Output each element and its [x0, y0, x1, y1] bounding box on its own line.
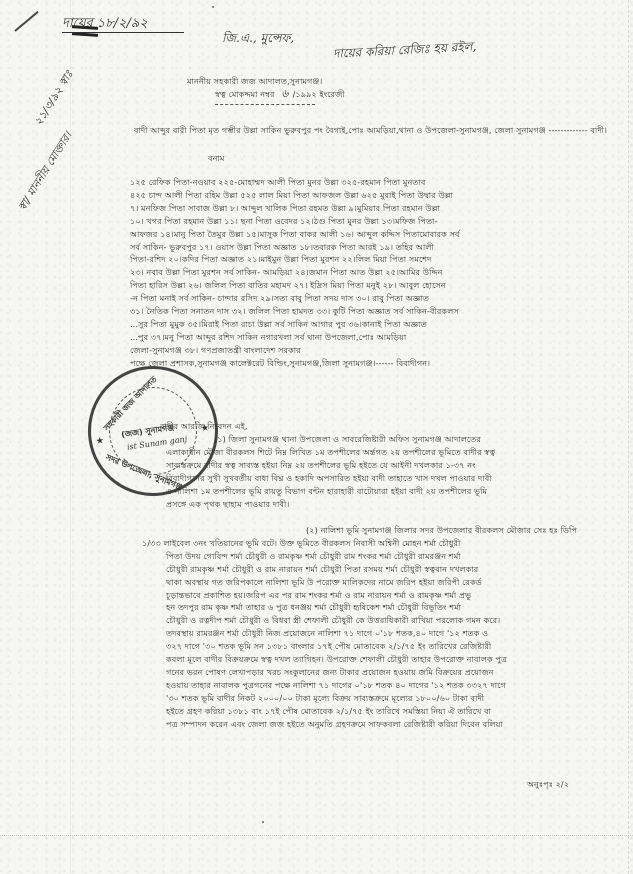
text-line: প্রসঙ্গে এক পৃথক ছাহাম পাওয়ার দাবী। — [166, 498, 608, 511]
handwritten-note-line-1: জি.এ., মুন্সেফ, — [222, 30, 294, 50]
versus-label: বনাম — [208, 152, 224, 165]
scan-right-edge — [626, 0, 629, 874]
text-line: ও নালিশা ১ম তপশীলের ভূমি রায়তু বিভাগ বন… — [166, 485, 608, 498]
plaintiff-block: বাদী আব্দুর বারী পিতা মৃত গম্ভীর উল্লা স… — [134, 124, 612, 137]
text-line: ...সুর পিতা মুমুক ৩৫।মিরাই পিতা রাচা উল্… — [130, 318, 610, 331]
paragraph-2: (২) নালিশা ভূমি সুনামগঞ্জ জিলার সদর উপজে… — [166, 524, 608, 731]
text-line: -ন পিতা মনাই সর্ব সাকিন- চান্দার রসিদ ২৯… — [130, 292, 610, 305]
text-line: '৩০ শতক ভূমি বাদীর নিকট ২০০০/০০ টাকা মূল… — [166, 692, 608, 705]
scan-speck — [212, 6, 214, 8]
text-line: ২৩। নবাব উল্লা পিতা মুরশন সর্ব সাকিন- আম… — [130, 266, 610, 279]
handwritten-note-line-2: দায়ের করিয়া রেজিঃ হয় রইল, — [333, 38, 477, 65]
court-name: মাননীয় সহকারী জজ আদালত,সুনামগঞ্জ। — [187, 75, 322, 88]
paragraph-number: (২) — [306, 525, 321, 535]
text-line: তদবস্থায় রামরঞ্জন শর্মা চৌধুরী নিজ প্রয… — [166, 627, 608, 640]
text-line: গনের ভরন পোষণ লেখাপড়ার খরচ সংকুলানের জন… — [166, 666, 608, 679]
text-line: (২) নালিশা ভূমি সুনামগঞ্জ জিলার সদর উপজে… — [166, 524, 608, 537]
handwritten-margin-note: স্বা/ মাননীয় মোক্তার। — [14, 128, 78, 215]
text-line: কবলা মূলে বাদীর বিক্রয়ক্রমে স্বত্ব দখল … — [166, 653, 608, 666]
text-line: ১/৩৩ লাইবেল ৩নং খতিয়ানের ভূমি বটে। উক্ত… — [142, 537, 608, 550]
seal-star-icon: ★ — [95, 436, 104, 447]
text-line: ৭। মনফিজ পিতা সাবাজ উল্লা ৮। আব্দুল খালি… — [130, 202, 610, 215]
text-line: চূড়ান্তভাবে প্রকাশিত হয়।জরিপ এর পর রাম… — [166, 589, 608, 602]
text-line: পিতা হারিস উল্লা ২৬। জলিল পিতা বাতির মহা… — [130, 279, 610, 292]
text-line: পিতা-রশিদ ২০।কদির পিতা অজ্ঞাত ২১।মাইমুন … — [130, 253, 610, 266]
text-line: সর্ব সাকিন- ভুরুবপুর ১৭। ওয়াস উল্লা পিত… — [130, 241, 610, 254]
text-line: আফজর ১৪।মানু পিতা তৈমুর উল্লা ১৫।মাসুক প… — [130, 228, 610, 241]
paragraph-number: (১) — [214, 434, 229, 444]
handwritten-margin-date: ২১/৩/৯২ স্বাঃ — [30, 67, 79, 130]
handwritten-slash-mark — [14, 11, 38, 32]
text-line: এলাকাধীন মৌজা বীরকলস শিটে নিম্ন লিখিত ১ম… — [166, 446, 608, 459]
text-line: বিবাদীগনের সুখী সুখবর্তীয় বাধা বিঘ্ন ও … — [166, 472, 608, 485]
text-line: পক্ষে জেলা প্রশাসক,সুনামগঞ্জ কালেক্টরেট … — [130, 357, 610, 370]
header-dashed-rule — [215, 104, 315, 105]
text-line: হইতে গ্রহণ করিয়া ১৩৮১ বাং ১৭ই পৌষ মোতাব… — [166, 705, 608, 718]
text-line: পত্র সম্পাদন করেন এবং জেলা জজ হইতে অনুমত… — [166, 718, 608, 731]
text-line: ৪২৫ চান্দ আলী পিতা রহিম উল্লা ৫২৫ লাল মি… — [130, 189, 610, 202]
case-number: ৬ — [277, 87, 292, 100]
text-line: ৩১। নৈতিক পিতা সনাতন দাস ৩২। জলিল পিতা হ… — [130, 305, 610, 318]
scan-speck — [262, 821, 264, 823]
case-number-line: স্বত্ব মোকদ্দমা নম্বর ৬/১৯৯২ ইংরেজী — [215, 88, 345, 101]
text-line: পিতা উদয় গোবিন্দ শর্মা চৌধুরী ও রামকৃষ্… — [166, 550, 608, 563]
text-line: ১০। খগর পিতা রহমান উল্লা ১১। ছনা পিতা ওব… — [130, 215, 610, 228]
scan-bottom-noise — [0, 835, 633, 844]
text-line: চৌধুরী রামকৃষ্ণ শর্মা চৌধুরী ও রাম নারায… — [166, 563, 608, 576]
text-line: জেলা-সুনামগঞ্জ ৩৮। গণপ্রজাতন্ত্রী বাংলাদ… — [130, 344, 610, 357]
text-line: ১২৫ রেফিক পিতা-নওয়াব ২২৫-মোহাম্মদ আলী প… — [130, 176, 610, 189]
facts-intro: বাদীর আরজি নিবেদন এই, — [160, 420, 248, 433]
text-line: হন তদপুর রাম কৃষ্ণ শর্মা তাহার ৬ পুত্র ধ… — [166, 601, 608, 614]
scanned-document-page: দায়ের ১৮/২/৯২ জি.এ., মুন্সেফ, দায়ের কর… — [0, 0, 633, 874]
scan-margin-line — [70, 0, 71, 874]
defendants-block: ১২৫ রেফিক পিতা-নওয়াব ২২৫-মোহাম্মদ আলী প… — [130, 176, 610, 370]
text-line: হওয়ায় তাহার নাবালক পুত্রগনের পক্ষে নাল… — [166, 679, 608, 692]
paragraph-1: (১) জিলা সুনামগঞ্জ থানা উপজেলা ও সাবরেজি… — [166, 433, 608, 510]
text-line: চৌধুরী ও রত্নদীপ শর্মা চৌধুরী ও বিধবা স্… — [166, 614, 608, 627]
handwritten-underline — [62, 32, 184, 33]
text-line: (১) জিলা সুনামগঞ্জ থানা উপজেলা ও সাবরেজি… — [166, 433, 608, 446]
continuation-marker: অনুঃপৃঃ ২/২ — [527, 779, 569, 792]
text-line: থাকা অবস্থায় গত জরিপকালে নালিশা ভূমি উ … — [166, 576, 608, 589]
case-year: /১৯৯২ ইংরেজী — [293, 89, 345, 99]
seal-top-text: সহকারী জজ আদালত — [101, 374, 160, 435]
case-label: স্বত্ব মোকদ্দমা নম্বর — [215, 89, 275, 99]
text-line: সাব্যস্তক্রমে বাদীর স্বত্ব সাব্যস্ত হইয়… — [166, 459, 608, 472]
text-line: ৩২৭ দাগে '৩০ শতক ভূমি সন ১৩৮১ বাংলার ১৭ই… — [166, 640, 608, 653]
text-line: ...পুর ৩৭।মনু পিতা আব্দুর রশিদ সাকিন নগা… — [130, 331, 610, 344]
